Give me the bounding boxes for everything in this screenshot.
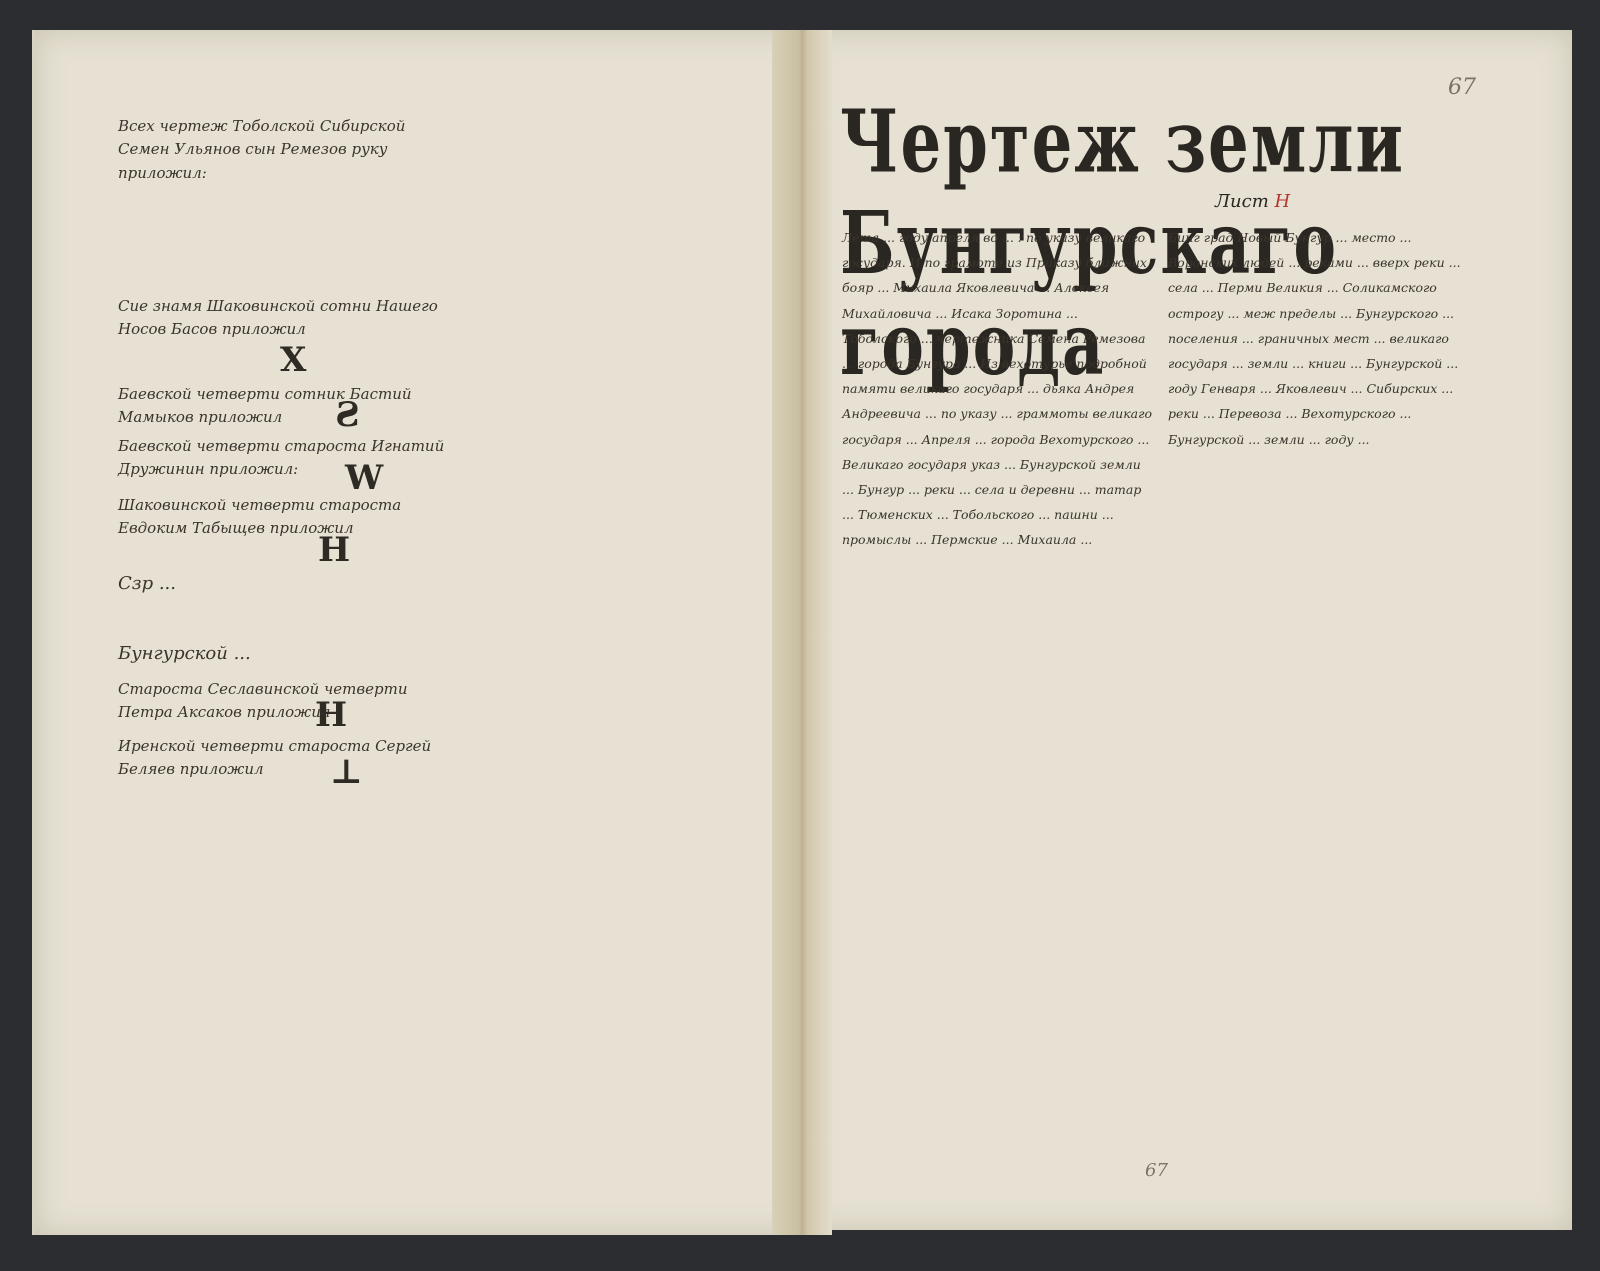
book-gutter <box>772 30 832 1235</box>
left-note-6: Староста Сеславинской четверти Петра Акс… <box>118 678 448 725</box>
signature-line: Бунгурской ... <box>118 640 448 668</box>
signature-mark: W <box>345 458 383 498</box>
left-note-2: Сие знамя Шаковинской сотни Нашего Носов… <box>118 295 448 342</box>
sheet-label: Лист Н <box>1215 188 1290 216</box>
left-note-5: Шаковинской четверти староста Евдоким Та… <box>118 494 448 541</box>
signature-mark: X <box>280 340 306 380</box>
signature-line: Сзр ... <box>118 570 448 598</box>
text-column-right: Бинг град Новый Бунгур ... место ... Вор… <box>1168 225 1468 452</box>
signature-mark: H <box>315 695 347 735</box>
signature-mark: ⊥ <box>330 752 363 792</box>
signature-mark: Ƨ <box>335 395 360 435</box>
text-column-left: Лета ... году апреля во ... : по указу в… <box>842 225 1154 553</box>
sheet-number: Н <box>1275 191 1291 212</box>
left-note-1: Всех чертеж Тоболской Сибирской Семен Ул… <box>118 115 448 185</box>
signature-mark: H <box>318 530 350 570</box>
left-note-3: Баевской четверти сотник Бастий Мамыков … <box>118 383 448 430</box>
left-note-7: Иренской четверти староста Сергей Беляев… <box>118 735 448 782</box>
sheet-label-text: Лист <box>1215 191 1269 212</box>
left-page <box>32 30 805 1235</box>
left-note-4: Баевской четверти староста Игнатий Дружи… <box>118 435 448 482</box>
folio-number-bottom: 67 <box>1145 1160 1168 1181</box>
